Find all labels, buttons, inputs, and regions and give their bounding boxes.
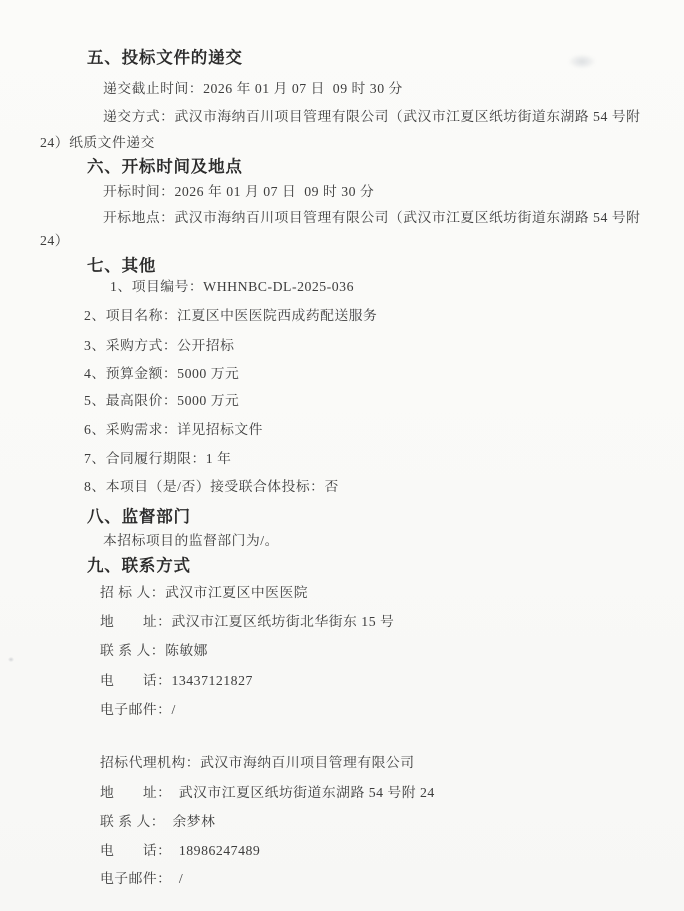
tenderer-address-line: 地 址：武汉市江夏区纸坊街北华街东 15 号 <box>100 612 394 631</box>
tenderer-phone-line: 电 话：13437121827 <box>100 671 253 690</box>
heading-supervision: 八、监督部门 <box>87 503 191 527</box>
submission-method-line: 递交方式：武汉市海纳百川项目管理有限公司（武汉市江夏区纸坊街道东湖路 54 号附 <box>103 107 640 126</box>
tenderer-email-line: 电子邮件：/ <box>100 700 176 719</box>
other-item-requirements: 6、采购需求：详见招标文件 <box>84 420 263 439</box>
other-item-project-number: 1、项目编号：WHHNBC-DL-2025-036 <box>110 277 354 296</box>
submission-deadline-line: 递交截止时间：2026 年 01 月 07 日 09 时 30 分 <box>103 79 403 98</box>
submission-method-wrap-line: 24）纸质文件递交 <box>40 133 155 152</box>
heading-submission: 五、投标文件的递交 <box>87 44 243 68</box>
heading-other: 七、其他 <box>87 252 156 276</box>
agency-email-line: 电子邮件： / <box>100 869 183 888</box>
other-item-budget: 4、预算金额：5000 万元 <box>84 364 239 383</box>
scan-smudge <box>568 54 596 69</box>
heading-contact: 九、联系方式 <box>87 552 191 576</box>
scan-speck <box>8 657 14 662</box>
agency-phone-line: 电 话： 18986247489 <box>100 841 260 860</box>
document-page: 五、投标文件的递交 递交截止时间：2026 年 01 月 07 日 09 时 3… <box>0 0 684 911</box>
other-item-procurement-method: 3、采购方式：公开招标 <box>84 336 234 355</box>
tenderer-name-line: 招 标 人：武汉市江夏区中医医院 <box>100 583 308 602</box>
bid-opening-place-line: 开标地点：武汉市海纳百川项目管理有限公司（武汉市江夏区纸坊街道东湖路 54 号附 <box>103 208 640 227</box>
heading-bid-opening: 六、开标时间及地点 <box>87 153 243 177</box>
bid-opening-place-wrap-line: 24） <box>40 231 69 250</box>
other-item-project-name: 2、项目名称：江夏区中医医院西成药配送服务 <box>84 306 377 325</box>
supervision-body-line: 本招标项目的监督部门为/。 <box>103 531 279 550</box>
agency-contact-line: 联 系 人： 余梦林 <box>100 812 215 831</box>
other-item-contract-term: 7、合同履行期限：1 年 <box>84 449 231 468</box>
bid-opening-time-line: 开标时间：2026 年 01 月 07 日 09 时 30 分 <box>103 182 374 201</box>
other-item-price-ceiling: 5、最高限价：5000 万元 <box>84 391 239 410</box>
other-item-consortium: 8、本项目（是/否）接受联合体投标：否 <box>84 477 339 496</box>
agency-name-line: 招标代理机构：武汉市海纳百川项目管理有限公司 <box>100 753 415 772</box>
agency-address-line: 地 址： 武汉市江夏区纸坊街道东湖路 54 号附 24 <box>100 783 435 802</box>
tenderer-contact-line: 联 系 人：陈敏娜 <box>100 641 208 660</box>
